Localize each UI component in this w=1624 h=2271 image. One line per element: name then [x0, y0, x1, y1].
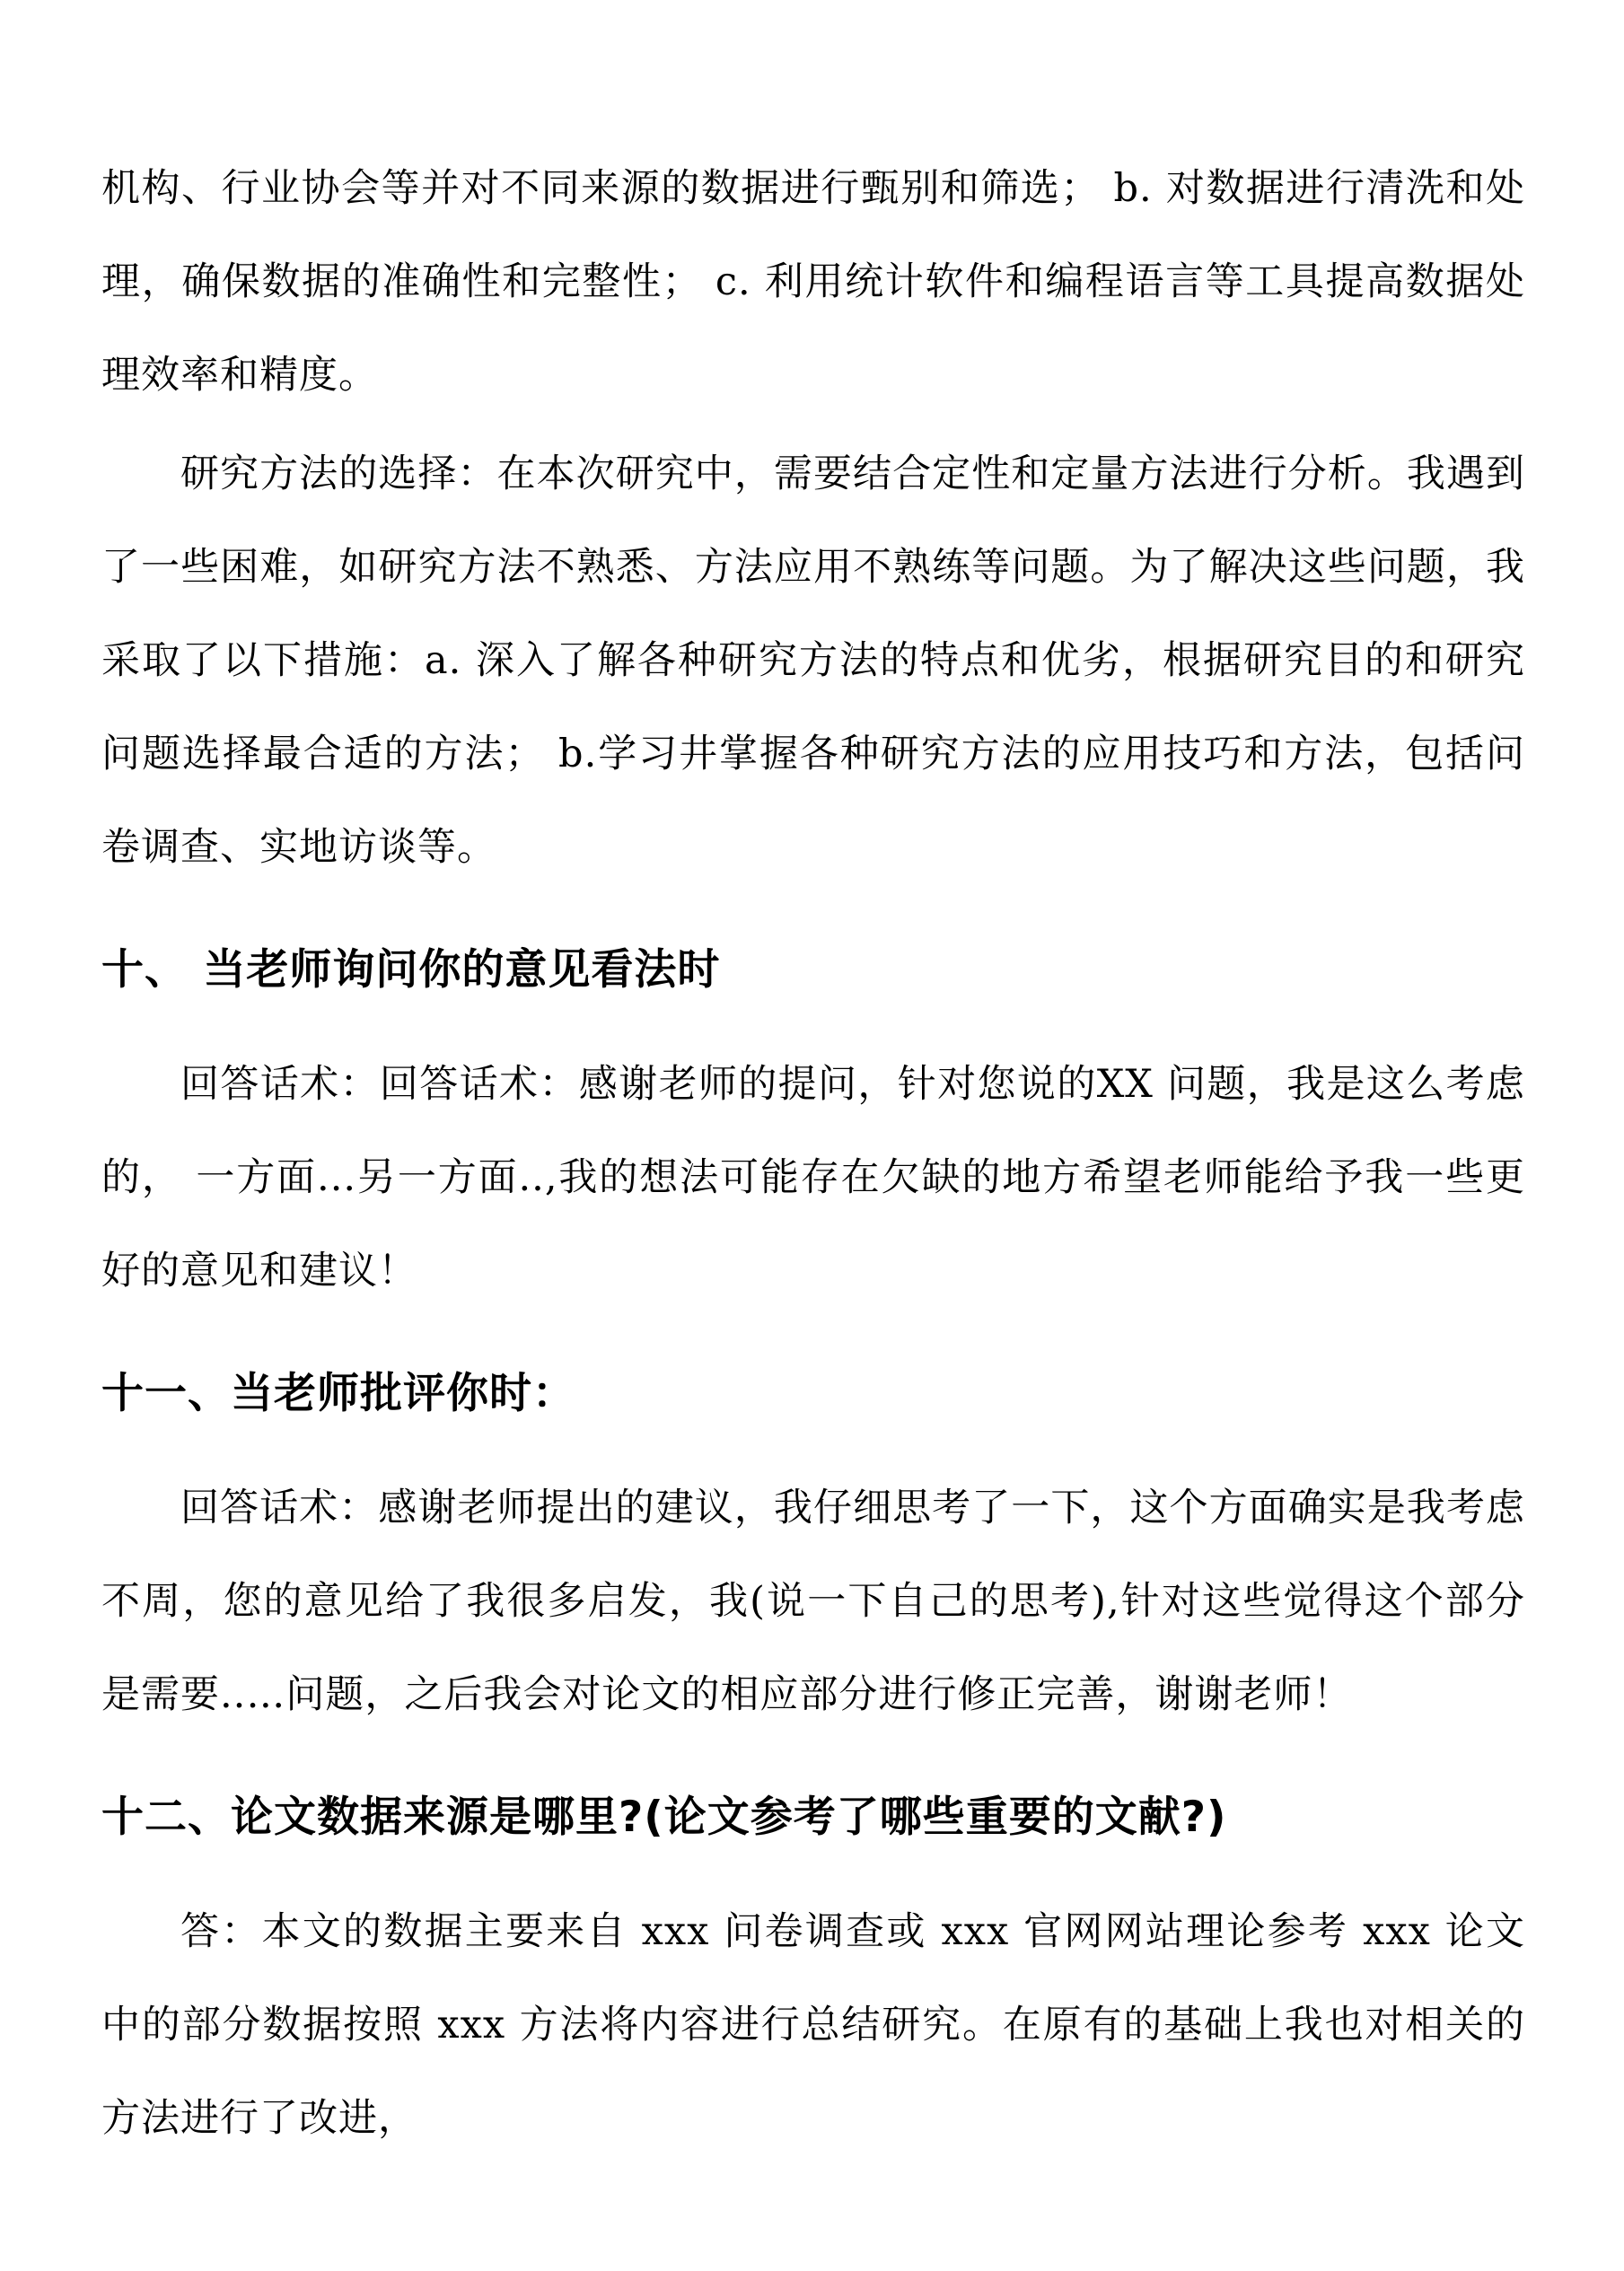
paragraph-answer-data-source: 答：本文的数据主要来自 xxx 问卷调查或 xxx 官网网站理论参考 xxx 论… [101, 1885, 1525, 2165]
paragraph-research-method-selection: 研究方法的选择：在本次研究中，需要结合定性和定量方法进行分析。我遇到了一些困难，… [101, 427, 1525, 894]
paragraph-data-collection-continued: 机构、行业协会等并对不同来源的数据进行甄别和筛选； b. 对数据进行清洗和处理，… [101, 142, 1525, 422]
paragraph-answer-script-criticism: 回答话术：感谢老师提出的建议，我仔细思考了一下，这个方面确实是我考虑不周，您的意… [101, 1461, 1525, 1741]
section-heading-10-teacher-asks-opinion: 十、 当老师询问你的意见看法时 [101, 943, 1525, 998]
section-heading-12-data-source: 十二、论文数据来源是哪里?(论文参考了哪些重要的文献?) [101, 1790, 1525, 1846]
paragraph-answer-script-opinion: 回答话术：回答话术：感谢老师的提问，针对您说的XX 问题，我是这么考虑的， 一方… [101, 1038, 1525, 1318]
section-heading-11-teacher-criticizes: 十一、当老师批评你时： [101, 1366, 1525, 1422]
document-page: 机构、行业协会等并对不同来源的数据进行甄别和筛选； b. 对数据进行清洗和处理，… [0, 0, 1624, 2271]
